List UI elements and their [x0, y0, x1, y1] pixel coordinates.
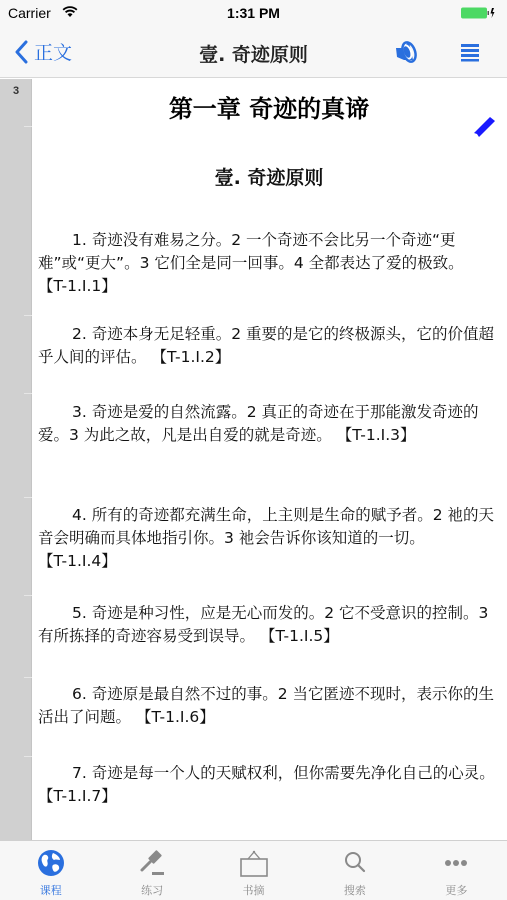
back-button[interactable]: 正文 — [14, 38, 72, 65]
more-icon — [441, 848, 471, 878]
chapter-title: 第一章 奇迹的真谛 — [38, 89, 500, 124]
search-icon — [340, 848, 370, 878]
page-title: 壹. 奇迹原则 — [0, 40, 507, 67]
gutter-tick — [24, 393, 32, 394]
paragraph: 7. 奇迹是每一个人的天赋权利，但你需要先净化自己的心灵。 【T-1.I.7】 — [38, 762, 500, 808]
gutter-tick — [24, 677, 32, 678]
reference-tag: 【T-1.I.2】 — [151, 348, 230, 366]
gutter-tick — [24, 595, 32, 596]
speaker-icon[interactable] — [392, 38, 420, 66]
text-area: 第一章 奇迹的真谛 壹. 奇迹原则 1. 奇迹没有难易之分。2 一个奇迹不会比另… — [38, 79, 500, 840]
tab-label: 书摘 — [243, 882, 265, 898]
tab-label: 搜索 — [344, 882, 366, 898]
tab-label: 课程 — [40, 882, 62, 898]
clock: 1:31 PM — [0, 5, 507, 21]
globe-icon — [36, 848, 66, 878]
pencil-icon[interactable] — [470, 111, 498, 139]
tab-search[interactable]: 搜索 — [304, 841, 405, 900]
tab-bar: 课程 练习 书摘 搜索 更多 — [0, 840, 507, 900]
navigation-bar: 正文 壹. 奇迹原则 — [0, 28, 507, 78]
menu-list-icon[interactable] — [459, 42, 481, 62]
tab-excerpts[interactable]: 书摘 — [203, 841, 304, 900]
back-label: 正文 — [34, 38, 72, 65]
reader-content[interactable]: 3 第一章 奇迹的真谛 壹. 奇迹原则 1. 奇迹没有难易之分。2 一个奇迹不会… — [0, 79, 507, 840]
frame-icon — [239, 848, 269, 878]
reference-tag: 【T-1.I.3】 — [337, 426, 416, 444]
tab-more[interactable]: 更多 — [406, 841, 507, 900]
reference-tag: 【T-1.I.5】 — [260, 627, 339, 645]
battery-icon — [461, 7, 495, 19]
gutter-tick — [24, 126, 32, 127]
reference-tag: 【T-1.I.6】 — [136, 708, 215, 726]
paragraph: 1. 奇迹没有难易之分。2 一个奇迹不会比另一个奇迹“更难”或“更大”。3 它们… — [38, 229, 500, 298]
gutter-tick — [24, 497, 32, 498]
gutter-tick — [24, 756, 32, 757]
paragraph: 5. 奇迹是种习性，应是无心而发的。2 它不受意识的控制。3 有所拣择的奇迹容易… — [38, 602, 500, 648]
paragraph: 4. 所有的奇迹都充满生命，上主则是生命的赋予者。2 祂的天音会明确而具体地指引… — [38, 504, 500, 573]
paragraph: 6. 奇迹原是最自然不过的事。2 当它匿迹不现时，表示你的生活出了问题。 【T-… — [38, 683, 500, 729]
tab-practice[interactable]: 练习 — [101, 841, 202, 900]
tab-label: 练习 — [141, 882, 163, 898]
reference-tag: 【T-1.I.1】 — [38, 277, 117, 295]
gavel-icon — [137, 848, 167, 878]
paragraph: 2. 奇迹本身无足轻重。2 重要的是它的终极源头，它的价值超乎人间的评估。 【T… — [38, 323, 500, 369]
page-number: 3 — [0, 85, 32, 97]
tab-course[interactable]: 课程 — [0, 841, 101, 900]
status-bar: Carrier 1:31 PM — [0, 0, 507, 28]
reference-tag: 【T-1.I.4】 — [38, 552, 117, 570]
section-title: 壹. 奇迹原则 — [38, 163, 500, 190]
chevron-left-icon — [14, 40, 28, 64]
tab-label: 更多 — [445, 882, 467, 898]
gutter-tick — [24, 315, 32, 316]
page-gutter: 3 — [0, 79, 32, 840]
reference-tag: 【T-1.I.7】 — [38, 787, 117, 805]
paragraph: 3. 奇迹是爱的自然流露。2 真正的奇迹在于那能激发奇迹的爱。3 为此之故，凡是… — [38, 401, 500, 447]
